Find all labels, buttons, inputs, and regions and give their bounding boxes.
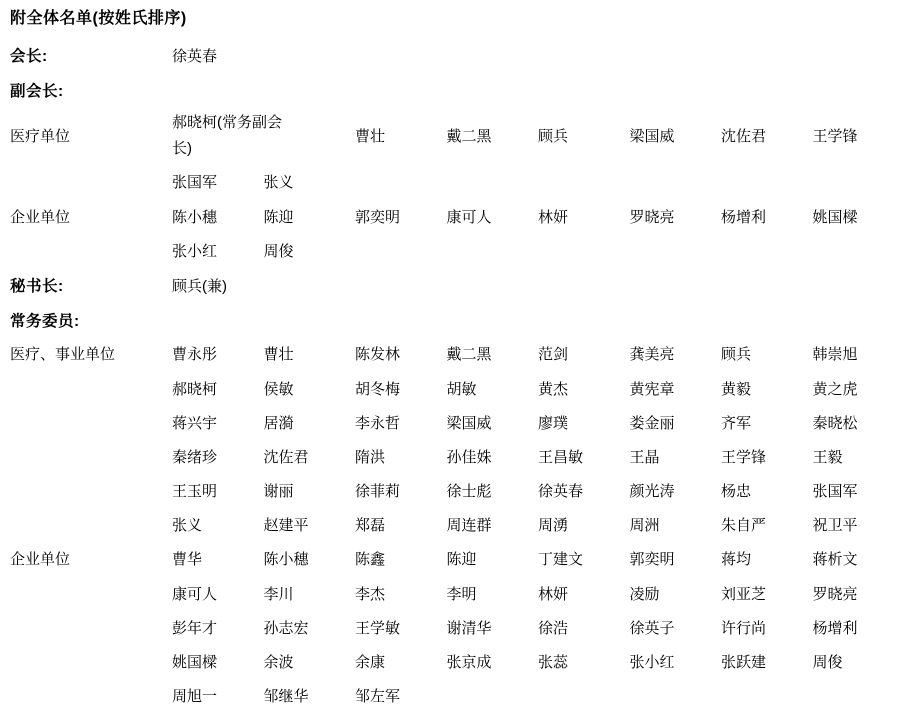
name-cell: 徐士彪: [447, 480, 539, 501]
name-cell: 郝晓柯: [172, 378, 264, 399]
name-cell: 姚国樑: [813, 206, 904, 227]
name-cell: 郝晓柯(常务副会长): [172, 110, 301, 162]
name-cell: 徐英春: [172, 45, 264, 66]
name-cell: 张蕊: [538, 651, 630, 672]
roster-row: 周旭一邹继华邹左军: [10, 679, 904, 710]
roster-row: 常务委员:: [10, 302, 904, 336]
name-cell: 蒋析文: [813, 548, 904, 569]
name-cell: 谢清华: [447, 617, 539, 638]
name-cell: 张小红: [172, 240, 264, 261]
name-cell: 陈迎: [447, 548, 539, 569]
name-cell: 杨增利: [813, 617, 904, 638]
row-label: 秘书长:: [10, 274, 172, 296]
roster-row: 彭年才孙志宏王学敏谢清华徐浩徐英子许行尚杨增利: [10, 610, 904, 644]
name-cell: 林妍: [538, 206, 630, 227]
name-cell: 李永哲: [355, 412, 447, 433]
name-cell: 秦绪珍: [172, 446, 264, 467]
roster-row: 张义赵建平郑磊周连群周湧周洲朱自严祝卫平: [10, 508, 904, 542]
roster-row: 医疗、事业单位曹永彤曹壮陈发林戴二黑范剑龚美亮顾兵韩崇旭: [10, 337, 904, 371]
row-label: 常务委员:: [10, 309, 172, 331]
name-cell: 徐英春: [538, 480, 630, 501]
name-cell: 蒋均: [721, 548, 813, 569]
roster-row: 秦绪珍沈佐君隋洪孙佳姝王昌敏王晶王学锋王毅: [10, 439, 904, 473]
name-cell: 秦晓松: [813, 412, 904, 433]
name-cell: 廖璞: [538, 412, 630, 433]
name-cell: 杨增利: [721, 206, 813, 227]
name-cell: 娄金丽: [630, 412, 722, 433]
name-cell: 侯敏: [264, 378, 356, 399]
name-cell: 张义: [172, 514, 264, 535]
name-cell: 彭年才: [172, 617, 264, 638]
name-cell: 罗晓亮: [813, 583, 904, 604]
name-cell: 沈佐君: [264, 446, 356, 467]
name-cell: 周湧: [538, 514, 630, 535]
roster-row: 王玉明谢丽徐菲莉徐士彪徐英春颜光涛杨忠张国军: [10, 473, 904, 507]
name-cell: 王毅: [813, 446, 904, 467]
name-cell: 王昌敏: [538, 446, 630, 467]
name-cell: 胡敏: [447, 378, 539, 399]
name-cell: 康可人: [172, 583, 264, 604]
name-cell: 李杰: [355, 583, 447, 604]
name-cell: 王玉明: [172, 480, 264, 501]
row-label: 医疗单位: [10, 125, 172, 146]
name-cell: 谢丽: [264, 480, 356, 501]
name-cell: 曹壮: [355, 125, 447, 146]
name-cell: 周俊: [813, 651, 904, 672]
name-cell: 齐军: [721, 412, 813, 433]
roster-row: 蒋兴宇居漪李永哲梁国威廖璞娄金丽齐军秦晓松: [10, 405, 904, 439]
name-cell: 徐菲莉: [355, 480, 447, 501]
name-cell: 李川: [264, 583, 356, 604]
name-cell: 周洲: [630, 514, 722, 535]
name-cell: 梁国威: [447, 412, 539, 433]
roster-row: 姚国樑余波余康张京成张蕊张小红张跃建周俊: [10, 644, 904, 678]
roster-row: 张国军张义: [10, 165, 904, 199]
name-cell: 余康: [355, 651, 447, 672]
name-cell: 张京成: [447, 651, 539, 672]
name-cell: 顾兵(兼): [172, 275, 264, 296]
name-cell: 姚国樑: [172, 651, 264, 672]
row-label: 企业单位: [10, 548, 172, 569]
name-cell: 胡冬梅: [355, 378, 447, 399]
name-cell: 陈迎: [264, 206, 356, 227]
name-cell: 邹继华: [264, 685, 356, 706]
name-cell: 徐浩: [538, 617, 630, 638]
name-cell: 张国军: [172, 171, 264, 192]
name-cell: 梁国威: [630, 125, 722, 146]
name-cell: 赵建平: [264, 514, 356, 535]
name-cell: 黄杰: [538, 378, 630, 399]
name-cell: 康可人: [447, 206, 539, 227]
name-cell: 朱自严: [721, 514, 813, 535]
name-cell: 戴二黑: [447, 343, 539, 364]
name-cell: 曹华: [172, 548, 264, 569]
name-cell: 孙佳姝: [447, 446, 539, 467]
name-cell: 林妍: [538, 583, 630, 604]
name-cell: 曹永彤: [172, 343, 264, 364]
name-cell: 陈小穗: [264, 548, 356, 569]
name-cell: 顾兵: [721, 343, 813, 364]
name-cell: 黄之虎: [813, 378, 904, 399]
name-cell: 杨忠: [721, 480, 813, 501]
row-label: 副会长:: [10, 79, 172, 101]
name-cell: 张义: [264, 171, 356, 192]
name-cell: 陈发林: [355, 343, 447, 364]
name-cell: 余波: [264, 651, 356, 672]
name-cell: 周俊: [264, 240, 356, 261]
name-cell: 陈小穗: [172, 206, 264, 227]
name-cell: 郭奕明: [355, 206, 447, 227]
name-cell: 陈鑫: [355, 548, 447, 569]
roster-row: 企业单位陈小穗陈迎郭奕明康可人林妍罗晓亮杨增利姚国樑: [10, 199, 904, 233]
name-cell: 韩崇旭: [813, 343, 904, 364]
row-label: 会长:: [10, 44, 172, 66]
roster-row: 秘书长:顾兵(兼): [10, 268, 904, 302]
name-cell: 顾兵: [538, 125, 630, 146]
row-label: 医疗、事业单位: [10, 343, 172, 364]
name-cell: 刘亚芝: [721, 583, 813, 604]
roster-row: 副会长:: [10, 72, 904, 106]
name-cell: 张跃建: [721, 651, 813, 672]
roster-row: 医疗单位郝晓柯(常务副会长)曹壮戴二黑顾兵梁国威沈佐君王学锋: [10, 107, 904, 165]
name-cell: 居漪: [264, 412, 356, 433]
name-cell: 隋洪: [355, 446, 447, 467]
name-cell: 张小红: [630, 651, 722, 672]
name-cell: 蒋兴宇: [172, 412, 264, 433]
roster-row: 企业单位曹华陈小穗陈鑫陈迎丁建文郭奕明蒋均蒋析文: [10, 542, 904, 576]
name-cell: 黄宪章: [630, 378, 722, 399]
roster-row: 张小红周俊: [10, 234, 904, 268]
roster-row: 康可人李川李杰李明林妍凌励刘亚芝罗晓亮: [10, 576, 904, 610]
name-cell: 孙志宏: [264, 617, 356, 638]
name-cell: 王学锋: [813, 125, 904, 146]
name-cell: 黄毅: [721, 378, 813, 399]
name-cell: 王晶: [630, 446, 722, 467]
name-cell: 许行尚: [721, 617, 813, 638]
roster-row: 会长:徐英春: [10, 38, 904, 72]
row-label: 企业单位: [10, 206, 172, 227]
name-cell: 丁建文: [538, 548, 630, 569]
name-cell: 曹壮: [264, 343, 356, 364]
name-cell: 罗晓亮: [630, 206, 722, 227]
name-cell: 王学锋: [721, 446, 813, 467]
name-cell: 张国军: [813, 480, 904, 501]
roster-row: 郝晓柯侯敏胡冬梅胡敏黄杰黄宪章黄毅黄之虎: [10, 371, 904, 405]
roster-page: 附全体名单(按姓氏排序) 会长:徐英春副会长:医疗单位郝晓柯(常务副会长)曹壮戴…: [0, 0, 904, 710]
name-cell: 周旭一: [172, 685, 264, 706]
name-cell: 戴二黑: [447, 125, 539, 146]
name-cell: 凌励: [630, 583, 722, 604]
name-cell: 范剑: [538, 343, 630, 364]
roster-rows: 会长:徐英春副会长:医疗单位郝晓柯(常务副会长)曹壮戴二黑顾兵梁国威沈佐君王学锋…: [10, 38, 904, 710]
name-cell: 周连群: [447, 514, 539, 535]
name-cell: 王学敏: [355, 617, 447, 638]
name-cell: 龚美亮: [630, 343, 722, 364]
name-cell: 祝卫平: [813, 514, 904, 535]
name-cell: 邹左军: [355, 685, 447, 706]
name-cell: 李明: [447, 583, 539, 604]
page-title: 附全体名单(按姓氏排序): [10, 8, 904, 38]
name-cell: 沈佐君: [721, 125, 813, 146]
name-cell: 郑磊: [355, 514, 447, 535]
name-cell: 郭奕明: [630, 548, 722, 569]
name-cell: 颜光涛: [630, 480, 722, 501]
name-cell: 徐英子: [630, 617, 722, 638]
